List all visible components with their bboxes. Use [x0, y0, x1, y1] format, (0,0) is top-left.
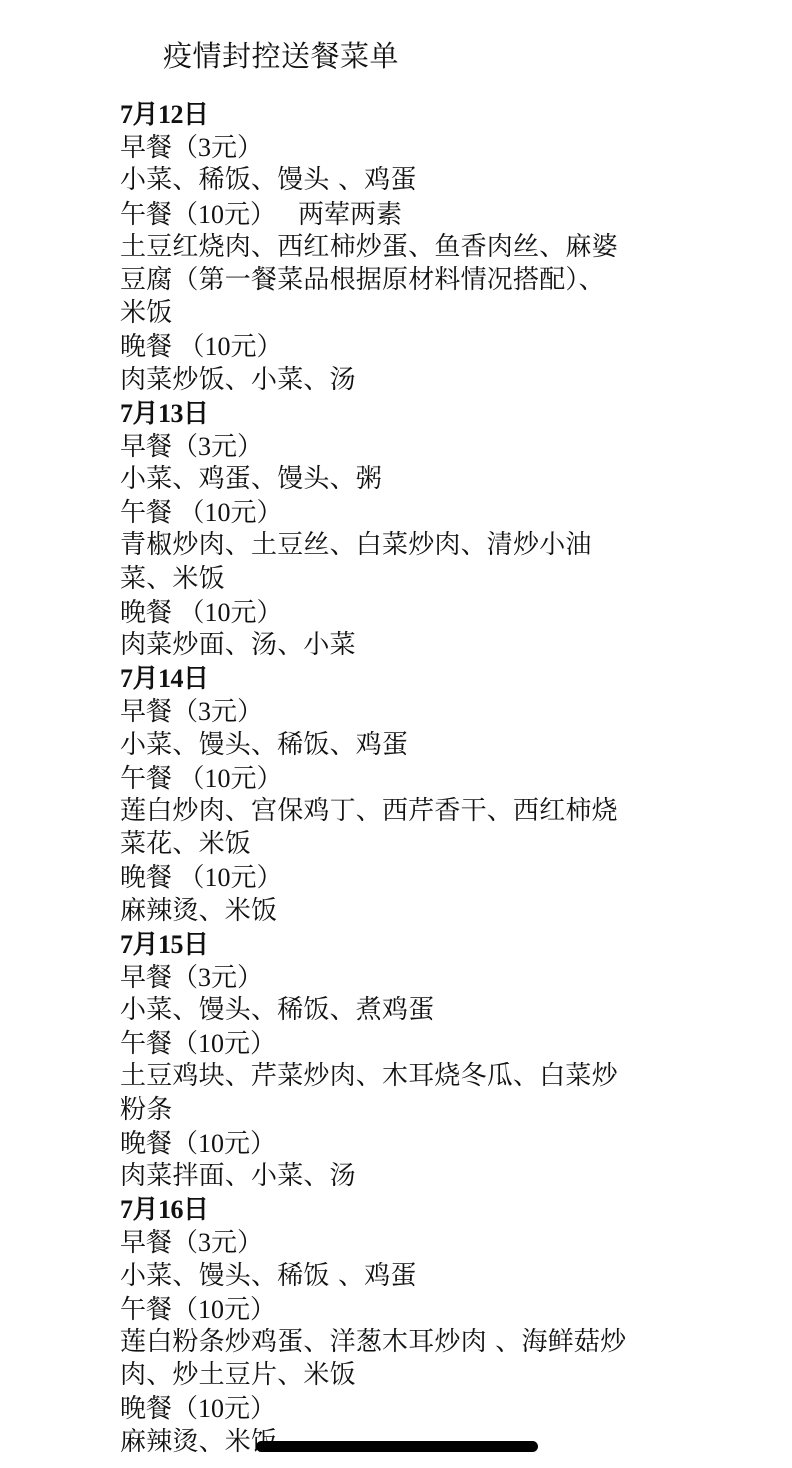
day-date: 7月15日 [120, 928, 690, 961]
meal-header-breakfast: 早餐（3元） [120, 430, 690, 463]
meal-items: 莲白粉条炒鸡蛋、洋葱木耳炒肉 、海鲜菇炒 [120, 1326, 690, 1359]
meal-items: 肉菜拌面、小菜、汤 [120, 1160, 690, 1193]
meal-price: （3元） [172, 963, 263, 992]
meal-price: （10元） [172, 764, 283, 793]
meal-label: 早餐 [120, 1228, 172, 1258]
meal-items: 麻辣烫、米饭 [120, 895, 690, 928]
meal-label: 午餐 [120, 764, 172, 794]
meal-price: （10元） [172, 598, 283, 627]
meal-items: 土豆红烧肉、西红柿炒蛋、鱼香肉丝、麻婆 [120, 231, 690, 264]
meal-label: 早餐 [120, 133, 172, 163]
meal-price: （10元） [172, 1129, 276, 1158]
meal-price: （3元） [172, 697, 263, 726]
meal-price: （10元） [172, 1029, 276, 1058]
meal-items: 肉、炒土豆片、米饭 [120, 1359, 690, 1392]
meal-header-lunch: 午餐（10元）两荤两素 [120, 198, 690, 231]
meal-label: 午餐 [120, 200, 172, 230]
day-section: 7月12日 早餐（3元） 小菜、稀饭、馒头 、鸡蛋 午餐（10元）两荤两素 土豆… [120, 98, 690, 397]
meal-price: （3元） [172, 432, 263, 461]
meal-items: 小菜、馒头、稀饭 、鸡蛋 [120, 1260, 690, 1293]
meal-label: 午餐 [120, 498, 172, 528]
meal-items: 肉菜炒饭、小菜、汤 [120, 364, 690, 397]
day-section: 7月13日 早餐（3元） 小菜、鸡蛋、馒头、粥 午餐 （10元） 青椒炒肉、土豆… [120, 397, 690, 663]
meal-price: （3元） [172, 133, 263, 162]
day-section: 7月16日 早餐（3元） 小菜、馒头、稀饭 、鸡蛋 午餐（10元） 莲白粉条炒鸡… [120, 1193, 690, 1459]
meal-price: （3元） [172, 1228, 263, 1257]
meal-label: 晚餐 [120, 598, 172, 628]
day-section: 7月14日 早餐（3元） 小菜、馒头、稀饭、鸡蛋 午餐 （10元） 莲白炒肉、宫… [120, 662, 690, 928]
meal-label: 午餐 [120, 1295, 172, 1325]
meal-price: （10元） [172, 332, 283, 361]
meal-header-lunch: 午餐（10元） [120, 1027, 690, 1060]
meal-header-lunch: 午餐 （10元） [120, 762, 690, 795]
meal-items: 小菜、鸡蛋、馒头、粥 [120, 463, 690, 496]
meal-items: 小菜、稀饭、馒头 、鸡蛋 [120, 164, 690, 197]
meal-price: （10元） [172, 200, 276, 229]
day-date: 7月13日 [120, 397, 690, 430]
meal-items: 米饭 [120, 297, 690, 330]
meal-price: （10元） [172, 863, 283, 892]
meal-label: 午餐 [120, 1029, 172, 1059]
meal-label: 晚餐 [120, 332, 172, 362]
meal-header-lunch: 午餐 （10元） [120, 496, 690, 529]
day-date: 7月12日 [120, 98, 690, 131]
meal-items: 土豆鸡块、芹菜炒肉、木耳烧冬瓜、白菜炒 [120, 1060, 690, 1093]
meal-header-breakfast: 早餐（3元） [120, 961, 690, 994]
meal-items: 肉菜炒面、汤、小菜 [120, 629, 690, 662]
meal-label: 晚餐 [120, 1394, 172, 1424]
meal-header-dinner: 晚餐 （10元） [120, 596, 690, 629]
meal-items: 小菜、馒头、稀饭、煮鸡蛋 [120, 994, 690, 1027]
meal-header-breakfast: 早餐（3元） [120, 695, 690, 728]
meal-label: 晚餐 [120, 863, 172, 893]
meal-header-dinner: 晚餐 （10元） [120, 861, 690, 894]
meal-header-dinner: 晚餐（10元） [120, 1127, 690, 1160]
home-indicator-bar[interactable] [256, 1441, 538, 1452]
day-section: 7月15日 早餐（3元） 小菜、馒头、稀饭、煮鸡蛋 午餐（10元） 土豆鸡块、芹… [120, 928, 690, 1194]
meal-header-dinner: 晚餐（10元） [120, 1392, 690, 1425]
meal-items: 小菜、馒头、稀饭、鸡蛋 [120, 729, 690, 762]
meal-price: （10元） [172, 1295, 276, 1324]
day-date: 7月14日 [120, 662, 690, 695]
meal-header-dinner: 晚餐 （10元） [120, 330, 690, 363]
meal-header-breakfast: 早餐（3元） [120, 131, 690, 164]
meal-label: 早餐 [120, 432, 172, 462]
meal-price: （10元） [172, 498, 283, 527]
menu-title: 疫情封控送餐菜单 [163, 36, 399, 76]
meal-items: 菜花、米饭 [120, 828, 690, 861]
meal-label: 早餐 [120, 963, 172, 993]
menu-content: 7月12日 早餐（3元） 小菜、稀饭、馒头 、鸡蛋 午餐（10元）两荤两素 土豆… [120, 98, 690, 1459]
meal-items: 菜、米饭 [120, 563, 690, 596]
meal-label: 晚餐 [120, 1129, 172, 1159]
meal-items: 豆腐（第一餐菜品根据原材料情况搭配）、 [120, 264, 690, 297]
meal-note: 两荤两素 [298, 200, 402, 230]
meal-label: 早餐 [120, 697, 172, 727]
meal-items: 粉条 [120, 1094, 690, 1127]
meal-header-breakfast: 早餐（3元） [120, 1226, 690, 1259]
meal-items: 莲白炒肉、宫保鸡丁、西芹香干、西红柿烧 [120, 795, 690, 828]
meal-price: （10元） [172, 1394, 276, 1423]
meal-items: 青椒炒肉、土豆丝、白菜炒肉、清炒小油 [120, 529, 690, 562]
day-date: 7月16日 [120, 1193, 690, 1226]
meal-header-lunch: 午餐（10元） [120, 1293, 690, 1326]
